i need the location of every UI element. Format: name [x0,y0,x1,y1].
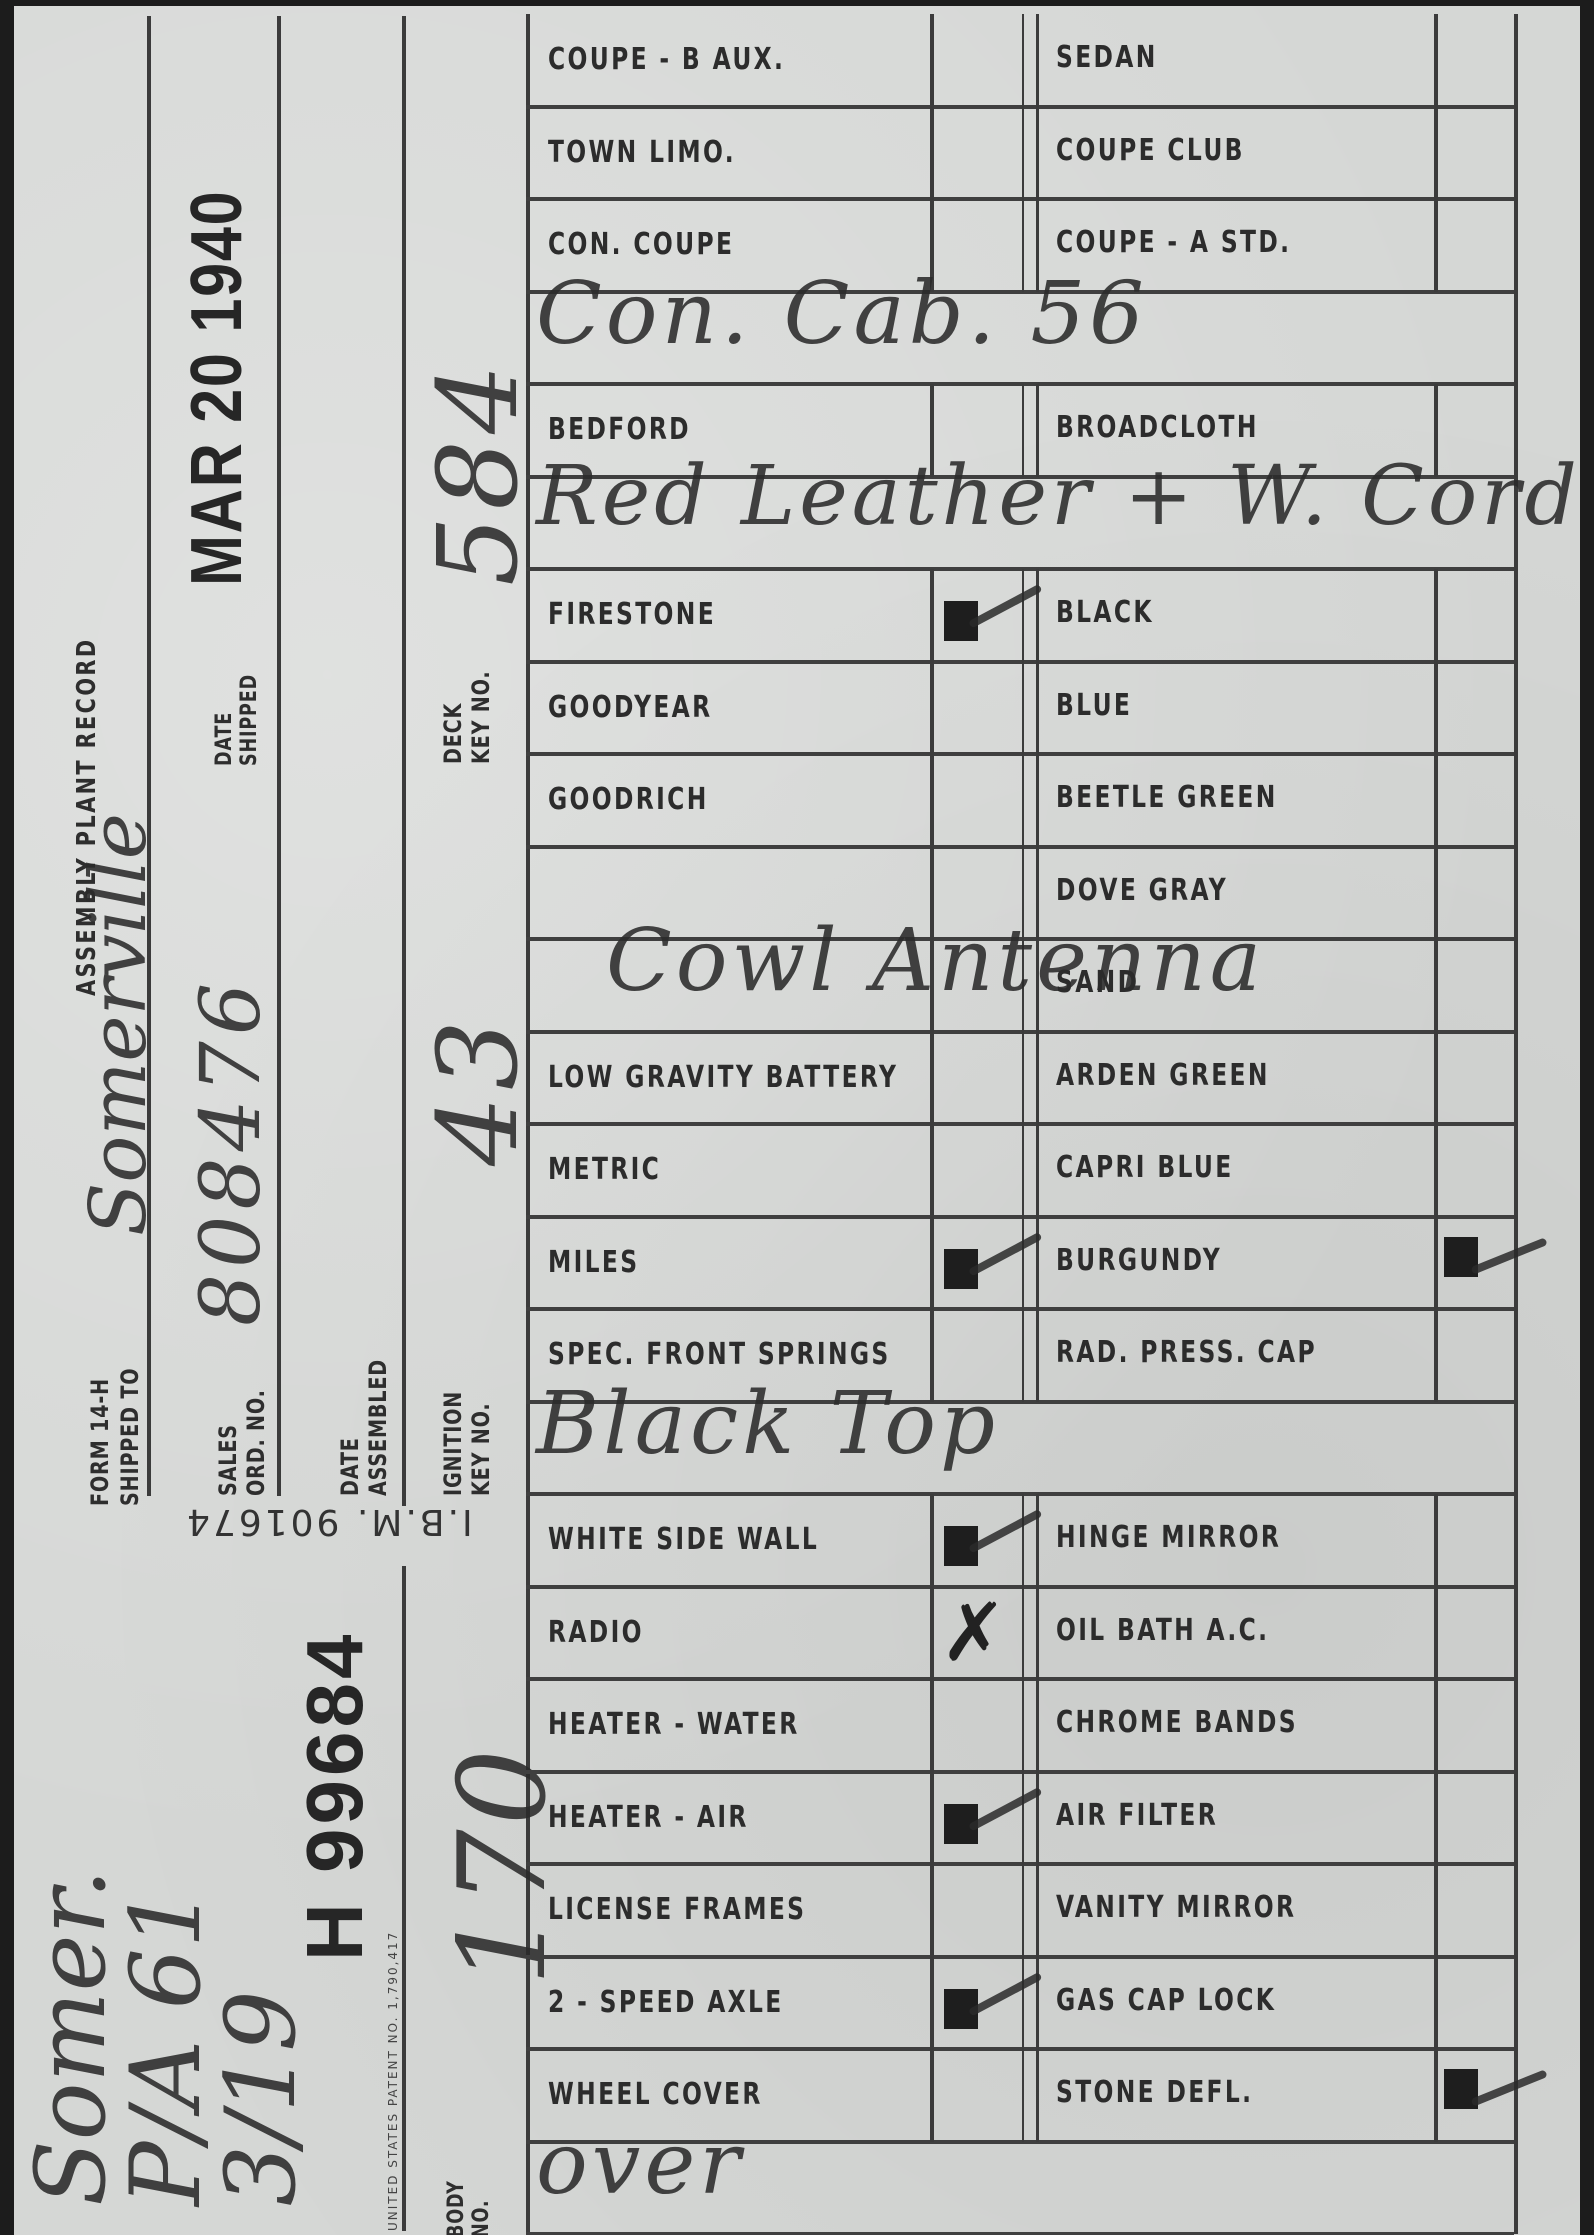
col-divider [1036,1309,1039,1402]
row-divider [526,1307,1514,1311]
left-check-box[interactable] [936,1036,1020,1121]
col-divider [1022,1309,1024,1402]
col-divider [930,14,934,107]
col-divider [1434,1032,1438,1125]
col-divider [1434,754,1438,847]
option-label: GAS CAP LOCK [1056,1983,1276,2018]
row-divider [526,1677,1514,1681]
option-label: BLUE [1056,688,1132,723]
col-divider [930,1217,934,1310]
form-number-label: FORM 14-H [86,1346,114,1506]
handwritten-shipped-to: Somerville [74,813,164,1236]
col-divider [1036,754,1039,847]
col-divider [1022,1679,1024,1772]
ignition-key-label: IGNITION KEY NO. [439,1365,495,1496]
col-divider [1434,569,1438,662]
ignition-key-value: 43 [414,1014,542,1166]
right-check-box[interactable] [1440,18,1512,103]
option-label: TOWN LIMO. [548,135,736,170]
date-assembled-line2: ASSEMBLED [364,1359,392,1496]
col-divider [1036,1957,1039,2050]
handwritten-note: over [536,2114,744,2214]
handwritten-ignition-key: 43 [414,1014,542,1166]
col-divider [1036,569,1039,662]
option-label: DOVE GRAY [1056,873,1228,908]
deck-key-label: DECK KEY NO. [439,647,495,764]
handwritten-note: Con. Cab. 56 [536,264,1148,364]
col-divider [930,1772,934,1865]
right-check-box[interactable] [1440,666,1512,751]
col-divider [930,662,934,755]
row-divider [526,752,1514,756]
col-divider [1434,1957,1438,2050]
col-divider [1434,939,1438,1032]
col-divider [1022,1772,1024,1865]
option-label: MILES [548,1245,639,1280]
option-label: COUPE CLUB [1056,133,1245,168]
option-label: 2 - SPEED AXLE [548,1985,784,2020]
grid-right-border [1514,14,1518,2234]
col-divider [1036,1864,1039,1957]
col-divider [1434,1864,1438,1957]
col-divider [1022,1217,1024,1310]
option-label: GOODYEAR [548,690,712,725]
left-check-box[interactable] [936,666,1020,751]
option-label: HEATER - WATER [548,1707,800,1742]
col-divider [1036,1032,1039,1125]
right-check-box[interactable] [1440,1683,1512,1768]
option-label: CON. COUPE [548,227,734,262]
col-divider [1022,1124,1024,1217]
row-divider [526,1862,1514,1866]
deck-key-value: 584 [414,358,542,586]
divider [402,16,406,1506]
option-label: FIRESTONE [548,597,716,632]
shipped-to-text: SHIPPED TO [116,1368,144,1506]
option-label: BEDFORD [548,412,691,447]
option-label: METRIC [548,1152,661,1187]
row-divider [526,567,1514,571]
sales-ord-label: SALES ORD. NO. [214,1363,270,1496]
col-divider [1434,662,1438,755]
right-check-box[interactable] [1440,1868,1512,1953]
option-label: COUPE - B AUX. [548,42,785,77]
col-divider [1022,1587,1024,1680]
date-shipped-label: DATE SHIPPED [212,651,262,766]
col-divider [1022,14,1024,107]
col-divider [1434,107,1438,200]
col-divider [1022,1957,1024,2050]
row-divider [526,845,1514,849]
col-divider [1036,1772,1039,1865]
col-divider [1036,1494,1039,1587]
option-label: RADIO [548,1615,644,1650]
patent-text: UNITED STATES PATENT NO. 1,790,417 [386,1931,400,2231]
option-label: GOODRICH [548,782,709,817]
shipped-to-label: SHIPPED TO [116,1333,144,1506]
row-divider [526,105,1514,109]
col-divider [1036,107,1039,200]
option-label: SPEC. FRONT SPRINGS [548,1337,891,1372]
row-divider [526,197,1514,201]
left-check-box[interactable] [936,1683,1020,1768]
col-divider [1434,2049,1438,2142]
col-divider [1022,569,1024,662]
left-check-box[interactable] [936,1868,1020,1953]
date-shipped-line1: DATE [212,712,237,766]
row-divider [526,1492,1514,1496]
option-label: COUPE - A STD. [1056,225,1291,260]
col-divider [1434,199,1438,292]
date-shipped-value: MAR 20 1940 [177,190,257,586]
col-divider [930,1957,934,2050]
option-label: LOW GRAVITY BATTERY [548,1060,898,1095]
col-divider [1022,754,1024,847]
ignition-key-line2: KEY NO. [467,1403,495,1496]
col-divider [930,1494,934,1587]
form-number-text: FORM 14-H [86,1378,114,1506]
body-no-line1: BODY [444,2180,469,2235]
ibm-number: I.B.M. 901674 [184,1501,473,1542]
col-divider [1022,1494,1024,1587]
handwritten-note: Cowl Antenna [606,911,1265,1011]
col-divider [930,754,934,847]
assembly-plant-record-card: ASSEMBLY PLANT RECORD FORM 14-H SHIPPED … [14,6,1580,2235]
row-divider [526,2047,1514,2051]
handwritten-sales-ord: 808476 [184,977,279,1326]
patent-text-value: UNITED STATES PATENT NO. 1,790,417 [386,1931,400,2231]
col-divider [1434,1494,1438,1587]
right-check-box[interactable] [1440,1498,1512,1583]
option-label: CHROME BANDS [1056,1705,1298,1740]
date-shipped-line2: SHIPPED [237,674,262,766]
date-assembled-line1: DATE [336,1437,364,1496]
col-divider [1022,107,1024,200]
right-check-box[interactable] [1440,203,1512,288]
row-divider [526,1030,1514,1034]
col-divider [1022,1032,1024,1125]
right-check-box[interactable] [1440,1128,1512,1213]
option-label: CAPRI BLUE [1056,1150,1234,1185]
col-divider [1036,1587,1039,1680]
date-shipped-stamp: MAR 20 1940 [176,190,258,586]
row-divider [526,1122,1514,1126]
shipped-to-value: Somerville [74,813,164,1236]
right-check-box[interactable] [1440,1036,1512,1121]
col-divider [1434,847,1438,940]
col-divider [1036,2049,1039,2142]
option-label: WHEEL COVER [548,2077,763,2112]
date-assembled-label: DATE ASSEMBLED [336,1325,392,1496]
body-no-line2: NO. [469,2200,494,2235]
col-divider [1036,14,1039,107]
col-divider [1434,1772,1438,1865]
row-divider [526,382,1514,386]
row-divider [526,1955,1514,1959]
left-check-box[interactable] [936,1128,1020,1213]
option-label: BLACK [1056,595,1154,630]
col-divider [1036,662,1039,755]
col-divider [930,1679,934,1772]
col-divider [930,1032,934,1125]
col-divider [930,1864,934,1957]
option-label: VANITY MIRROR [1056,1890,1296,1925]
handwritten-note: Black Top [536,1374,999,1474]
right-check-box[interactable] [1440,851,1512,936]
option-label: OIL BATH A.C. [1056,1613,1269,1648]
ibm-number-text: I.B.M. 901674 [184,1501,473,1542]
option-label: SEDAN [1056,40,1158,75]
col-divider [1022,1864,1024,1957]
col-divider [1434,1587,1438,1680]
col-divider [930,2049,934,2142]
right-check-box[interactable] [1440,1591,1512,1676]
right-check-box[interactable] [1440,758,1512,843]
divider [402,1566,406,2231]
row-divider [526,660,1514,664]
option-label: ARDEN GREEN [1056,1058,1270,1093]
option-label: STONE DEFL. [1056,2075,1253,2110]
divider [147,16,151,1496]
col-divider [930,1124,934,1217]
left-check-box[interactable] [936,758,1020,843]
handwritten-notes: Somer. P/A 61 3/19 [24,1869,309,2206]
row-divider [526,1215,1514,1219]
option-label: BURGUNDY [1056,1243,1222,1278]
right-check-box[interactable] [1440,943,1512,1028]
left-check-box[interactable] [936,18,1020,103]
left-check-box[interactable] [936,111,1020,196]
right-check-box[interactable] [1440,1313,1512,1398]
col-divider [930,569,934,662]
row-divider [526,1770,1514,1774]
handwritten-deck-key: 584 [414,358,542,586]
right-check-box[interactable] [1440,1961,1512,2046]
row-divider [526,1585,1514,1589]
deck-key-line1: DECK [439,703,467,764]
option-label: HEATER - AIR [548,1800,749,1835]
sales-ord-value: 808476 [184,977,279,1326]
col-divider [1036,1679,1039,1772]
col-divider [1434,1679,1438,1772]
body-no-label: BODY NO. [444,2166,494,2235]
right-check-box[interactable] [1440,1776,1512,1861]
handwritten-note: Red Leather + W. Cord [536,449,1581,544]
col-divider [930,107,934,200]
col-divider [1036,1217,1039,1310]
col-divider [1022,2049,1024,2142]
col-divider [1434,1309,1438,1402]
col-divider [1434,1124,1438,1217]
left-check-box[interactable] [936,2053,1020,2138]
option-label: RAD. PRESS. CAP [1056,1335,1317,1370]
sales-ord-line1: SALES [214,1424,242,1496]
ignition-key-line1: IGNITION [439,1391,467,1496]
option-label: AIR FILTER [1056,1798,1218,1833]
notes-line-3: 3/19 [205,1990,317,2206]
option-label: BEETLE GREEN [1056,780,1278,815]
right-check-box[interactable] [1440,111,1512,196]
sales-ord-line2: ORD. NO. [242,1389,270,1496]
option-label: WHITE SIDE WALL [548,1522,819,1557]
col-divider [1036,1124,1039,1217]
option-label: BROADCLOTH [1056,410,1259,445]
option-label: HINGE MIRROR [1056,1520,1281,1555]
option-label: LICENSE FRAMES [548,1892,806,1927]
col-divider [1434,1217,1438,1310]
col-divider [1434,14,1438,107]
col-divider [930,1587,934,1680]
col-divider [1022,662,1024,755]
x-mark-icon: ✗ [940,1593,1007,1673]
right-check-box[interactable] [1440,573,1512,658]
deck-key-line2: KEY NO. [467,671,495,764]
